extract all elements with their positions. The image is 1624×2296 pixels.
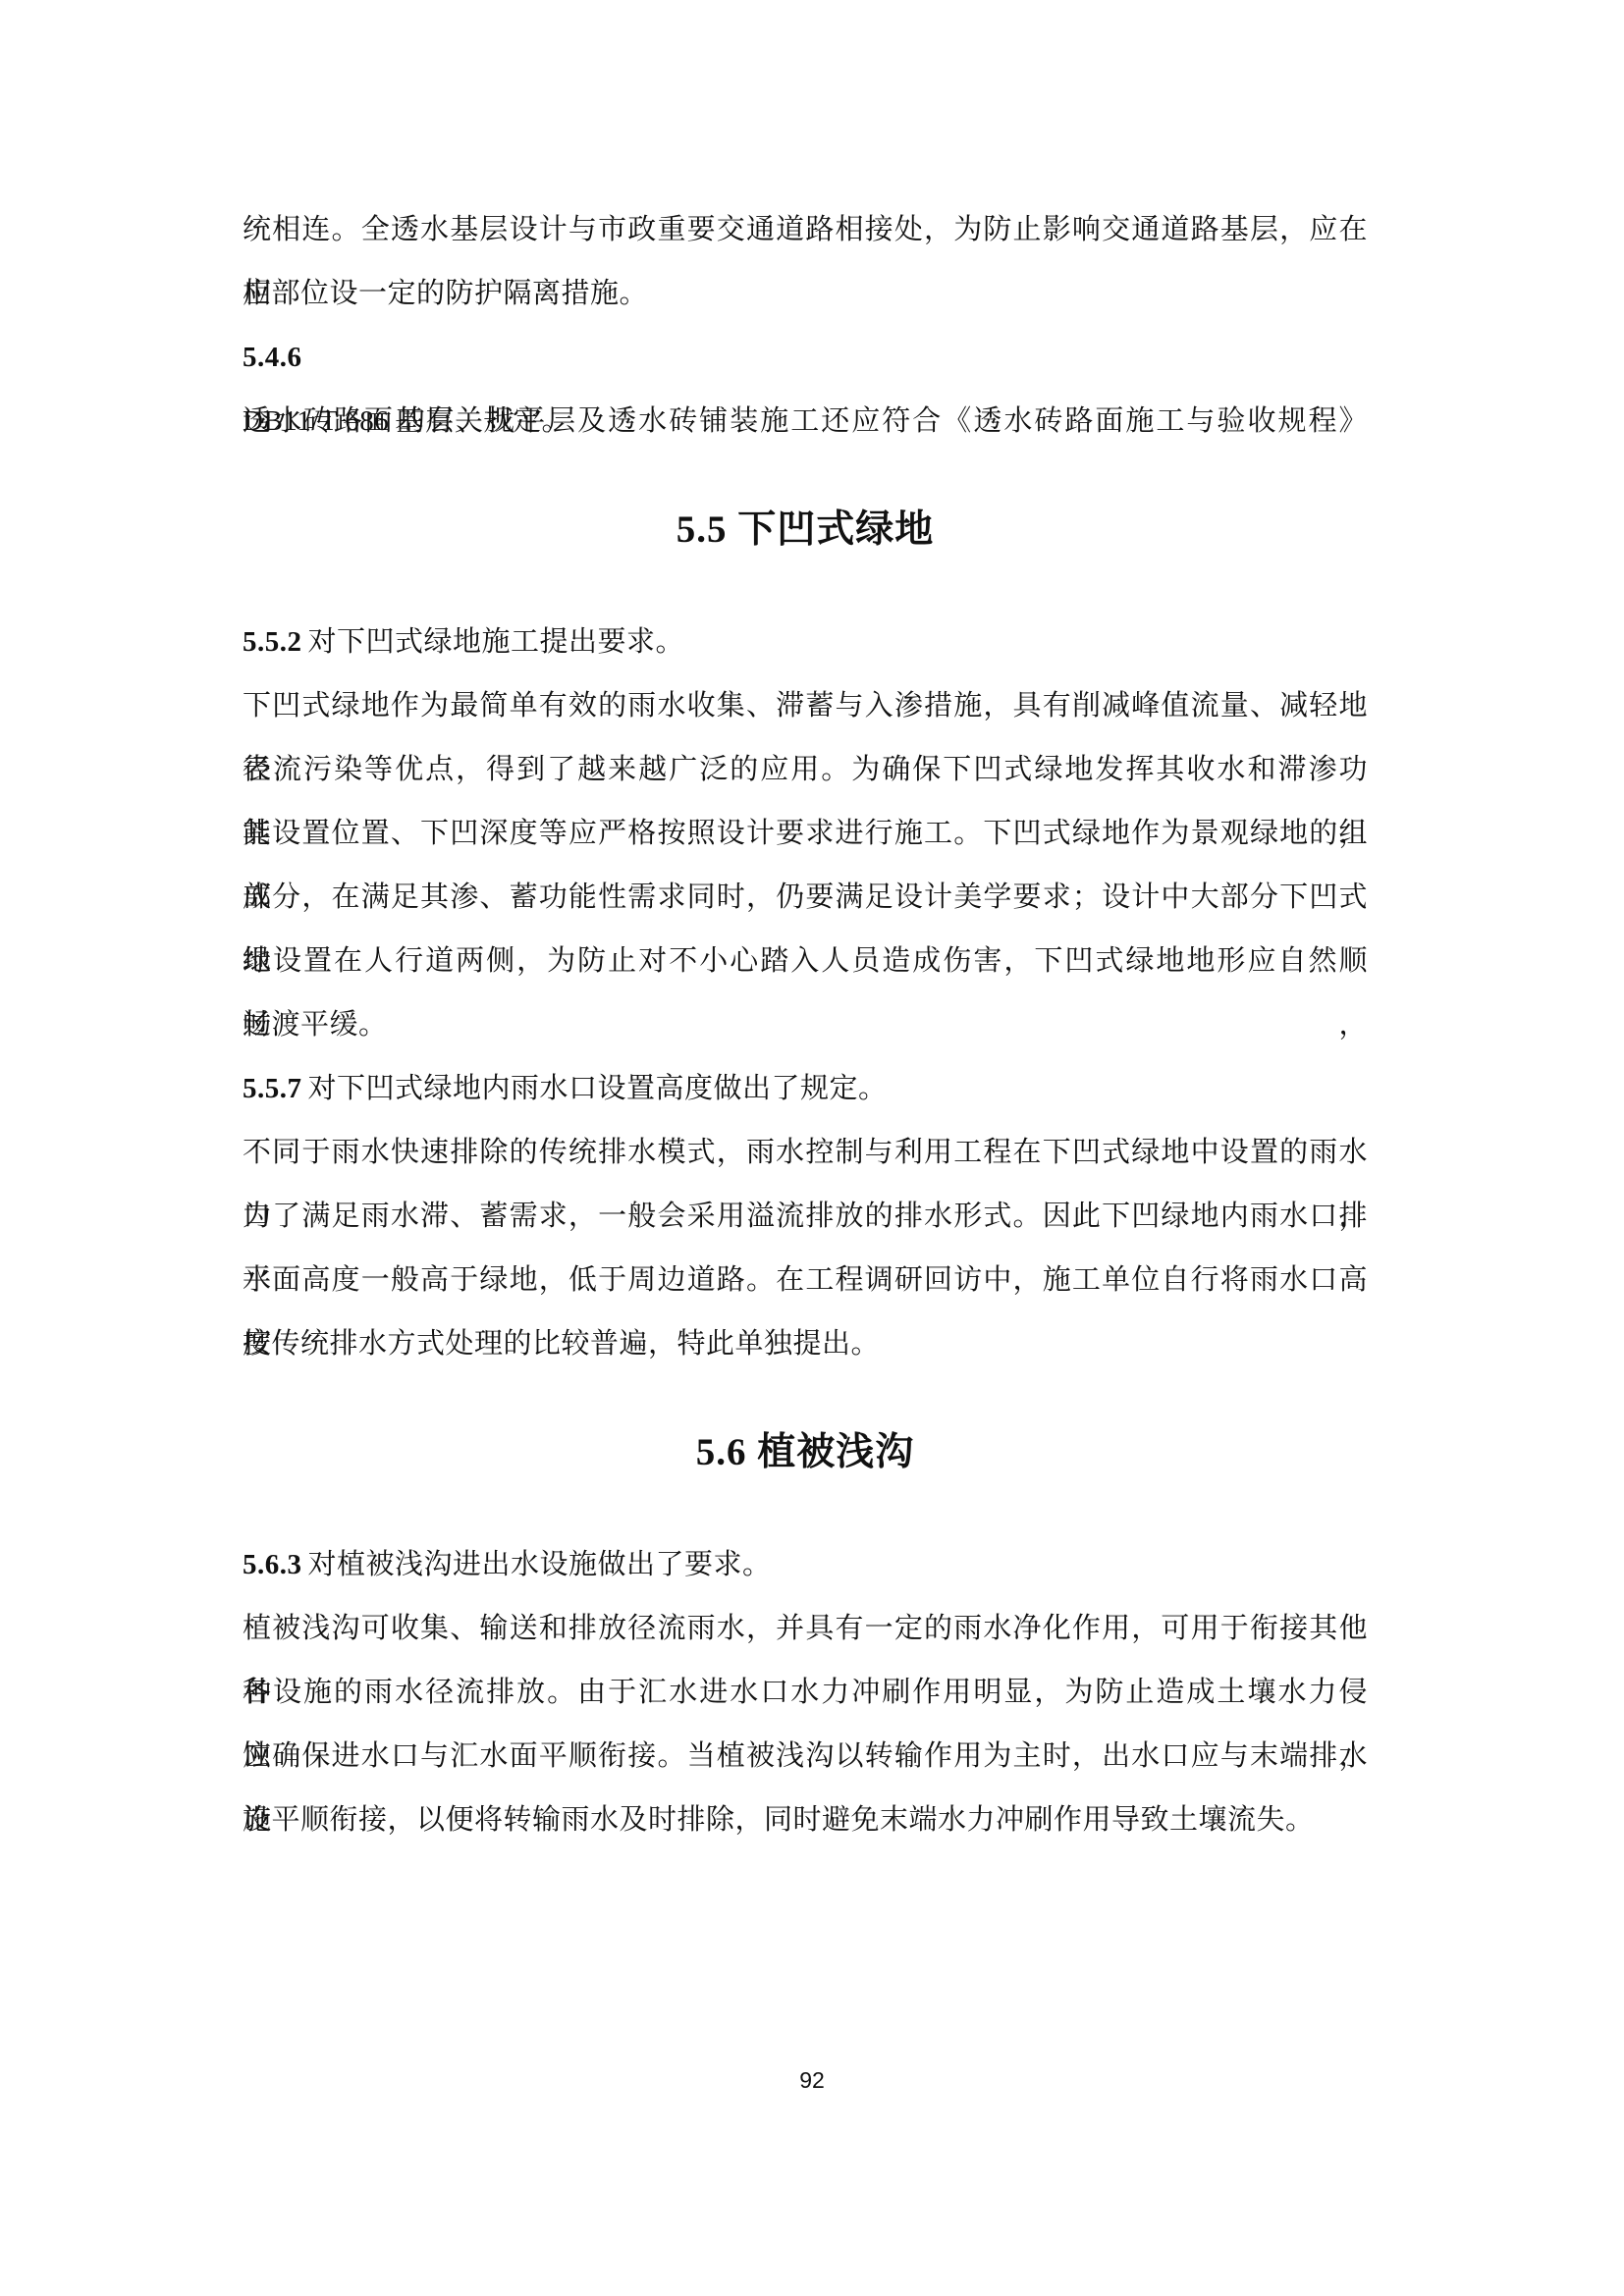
text-line: 下凹式绿地作为最简单有效的雨水收集、滞蓄与入渗措施，具有削减峰值流量、减轻地表: [243, 674, 1368, 738]
text-line: 施平顺衔接，以便将转输雨水及时排除，同时避免末端水力冲刷作用导致土壤流失。: [243, 1789, 1368, 1852]
text-run: 应部位设一定的防护隔离措施。: [243, 278, 648, 309]
text-line: 其设置位置、下凹深度等应严格按照设计要求进行施工。下凹式绿地作为景观绿地的组成: [243, 802, 1368, 866]
paragraph: 统相连。全透水基层设计与市政重要交通道路相接处，为防止影响交通道路基层，应在相应…: [243, 198, 1368, 326]
paragraph: 植被浅沟可收集、输送和排放径流雨水，并具有一定的雨水净化作用，可用于衔接其他各种…: [243, 1597, 1368, 1852]
section-heading: 5.6 植被浅沟: [243, 1418, 1368, 1487]
text-line: 部分，在满足其渗、蓄功能性需求同时，仍要满足设计美学要求；设计中大部分下凹式绿: [243, 866, 1368, 930]
text-line: 5.5.7对下凹式绿地内雨水口设置高度做出了规定。: [243, 1057, 1368, 1121]
paragraph: 不同于雨水快速排除的传统排水模式，雨水控制与利用工程在下凹式绿地中设置的雨水口，…: [243, 1121, 1368, 1376]
text-line: 种设施的雨水径流排放。由于汇水进水口水力冲刷作用明显，为防止造成土壤水力侵蚀，: [243, 1661, 1368, 1725]
text-run: 对下凹式绿地内雨水口设置高度做出了规定。: [308, 1073, 888, 1104]
text-line: 植被浅沟可收集、输送和排放径流雨水，并具有一定的雨水净化作用，可用于衔接其他各: [243, 1597, 1368, 1661]
text-line: 地设置在人行道两侧，为防止对不小心踏入人员造成伤害，下凹式绿地地形应自然顺畅，: [243, 930, 1368, 993]
paragraph: 5.5.2对下凹式绿地施工提出要求。: [243, 611, 1368, 674]
text-line: 径流污染等优点，得到了越来越广泛的应用。为确保下凹式绿地发挥其收水和滞渗功能，: [243, 738, 1368, 802]
text-line: 为了满足雨水滞、蓄需求，一般会采用溢流排放的排水形式。因此下凹绿地内雨水口排水: [243, 1185, 1368, 1249]
page-number: 92: [0, 2067, 1624, 2094]
text-run: 对下凹式绿地施工提出要求。: [308, 626, 685, 658]
text-line: 不同于雨水快速排除的传统排水模式，雨水控制与利用工程在下凹式绿地中设置的雨水口，: [243, 1121, 1368, 1185]
text-line: 应确保进水口与汇水面平顺衔接。当植被浅沟以转输作用为主时，出水口应与末端排水设: [243, 1725, 1368, 1789]
paragraph: 5.4.6透水砖路面基层、找平层及透水砖铺装施工还应符合《透水砖路面施工与验收规…: [243, 326, 1368, 454]
text-run: 对植被浅沟进出水设施做出了要求。: [308, 1549, 772, 1580]
section-heading: 5.5 下凹式绿地: [243, 496, 1368, 564]
text-run: 按传统排水方式处理的比较普遍，特此单独提出。: [243, 1328, 880, 1360]
text-run: DB11/T 686 的有关规定。: [243, 405, 570, 437]
clause-number: 5.5.7: [243, 1073, 302, 1104]
text-line: 5.6.3对植被浅沟进出水设施做出了要求。: [243, 1533, 1368, 1597]
document-page: 统相连。全透水基层设计与市政重要交通道路相接处，为防止影响交通道路基层，应在相应…: [0, 0, 1624, 2296]
paragraph: 5.6.3对植被浅沟进出水设施做出了要求。: [243, 1533, 1368, 1597]
text-line: 5.5.2对下凹式绿地施工提出要求。: [243, 611, 1368, 674]
text-line: 5.4.6透水砖路面基层、找平层及透水砖铺装施工还应符合《透水砖路面施工与验收规…: [243, 326, 1368, 390]
text-run: 施平顺衔接，以便将转输雨水及时排除，同时避免末端水力冲刷作用导致土壤流失。: [243, 1804, 1315, 1836]
text-run: 过渡平缓。: [243, 1009, 388, 1041]
text-run: 地设置在人行道两侧，为防止对不小心踏入人员造成伤害，下凹式绿地地形应自然顺畅，: [243, 945, 1368, 1041]
text-line: 按传统排水方式处理的比较普遍，特此单独提出。: [243, 1312, 1368, 1376]
text-line: 统相连。全透水基层设计与市政重要交通道路相接处，为防止影响交通道路基层，应在相: [243, 198, 1368, 262]
clause-number: 5.4.6: [243, 342, 302, 373]
text-line: 应部位设一定的防护隔离措施。: [243, 262, 1368, 326]
clause-number: 5.5.2: [243, 626, 302, 658]
text-line: 平面高度一般高于绿地，低于周边道路。在工程调研回访中，施工单位自行将雨水口高度: [243, 1249, 1368, 1312]
page-body: 统相连。全透水基层设计与市政重要交通道路相接处，为防止影响交通道路基层，应在相应…: [243, 198, 1368, 1852]
clause-number: 5.6.3: [243, 1549, 302, 1580]
paragraph: 5.5.7对下凹式绿地内雨水口设置高度做出了规定。: [243, 1057, 1368, 1121]
paragraph: 下凹式绿地作为最简单有效的雨水收集、滞蓄与入渗措施，具有削减峰值流量、减轻地表径…: [243, 674, 1368, 1057]
